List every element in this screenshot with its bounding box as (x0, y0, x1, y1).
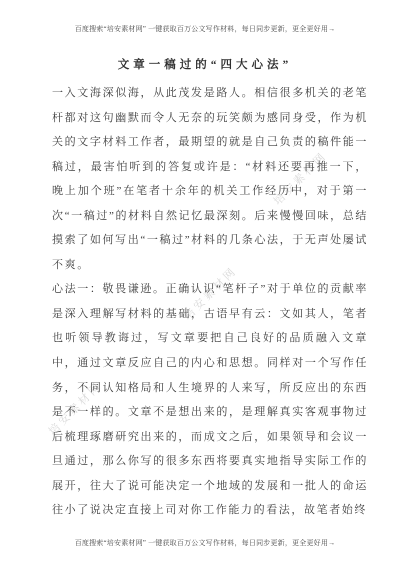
footer-promo-banner: 百度搜索“培安素材网” 一键获取百万公文写作材料，每日同步更新，更全更好用→ (0, 538, 410, 548)
document-page: 百度搜索“培安素材网” 一键获取百万公文写作材料，每日同步更新，更全更好用→ 文… (0, 0, 410, 580)
header-promo-banner: 百度搜索“培安素材网” 一键获取百万公文写作材料，每日同步更新，更全更好用→ (0, 24, 410, 34)
document-body: 一入文海深似海，从此茂发是路人。相信很多机关的老笔杆都对这句幽默而令人无奈的玩笑… (52, 81, 368, 523)
paragraph: 一入文海深似海，从此茂发是路人。相信很多机关的老笔杆都对这句幽默而令人无奈的玩笑… (52, 81, 368, 277)
document-title: 文章一稿过的“四大心法” (0, 56, 410, 72)
paragraph: 心法一：敬畏谦逊。正确认识“笔杆子”对于单位的贡献率是深入理解写材料的基础，古语… (52, 277, 368, 522)
